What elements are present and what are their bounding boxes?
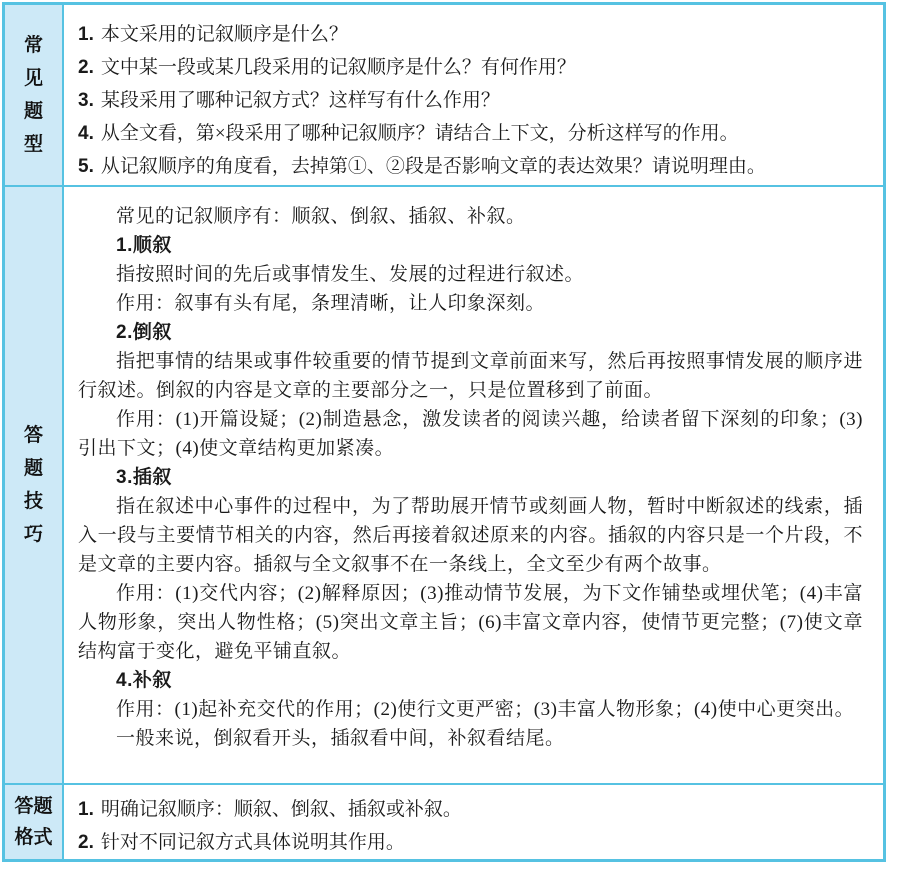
item-text: 本文采用的记叙顺序是什么？	[101, 24, 348, 45]
question-item: 4.从全文看，第×段采用了哪种记叙顺序？请结合上下文，分析这样写的作用。	[78, 117, 871, 150]
item-text: 文中某一段或某几段采用的记叙顺序是什么？有何作用？	[101, 57, 576, 78]
content-techniques: 常见的记叙顺序有：顺叙、倒叙、插叙、补叙。 1.顺叙 指按照时间的先后或事情发生…	[64, 187, 883, 783]
entry-definition-chaxu: 指在叙述中心事件的过程中，为了帮助展开情节或刻画人物，暂时中断叙述的线索，插入一…	[78, 492, 863, 579]
row-label-techniques: 答题技巧	[24, 419, 44, 551]
row-techniques: 答题技巧 常见的记叙顺序有：顺叙、倒叙、插叙、补叙。 1.顺叙 指按照时间的先后…	[5, 185, 883, 783]
question-item: 1.本文采用的记叙顺序是什么？	[78, 18, 871, 51]
item-number: 5.	[78, 156, 94, 177]
item-text: 从全文看，第×段采用了哪种记叙顺序？请结合上下文，分析这样写的作用。	[101, 123, 739, 144]
row-answer-format: 答题格式 1.明确记叙顺序：顺叙、倒叙、插叙或补叙。 2.针对不同记叙方式具体说…	[5, 783, 883, 859]
entry-heading-shunxu: 1.顺叙	[78, 231, 863, 260]
entry-effect-daoxu: 作用：(1)开篇设疑；(2)制造悬念，激发读者的阅读兴趣，给读者留下深刻的印象；…	[78, 405, 863, 463]
techniques-intro: 常见的记叙顺序有：顺叙、倒叙、插叙、补叙。	[78, 202, 863, 231]
row-label-answer-format: 答题格式	[13, 791, 55, 853]
item-number: 2.	[78, 57, 94, 78]
item-text: 从记叙顺序的角度看，去掉第①、②段是否影响文章的表达效果？请说明理由。	[101, 156, 766, 177]
format-item: 2.针对不同记叙方式具体说明其作用。	[78, 826, 871, 859]
entry-effect-chaxu: 作用：(1)交代内容；(2)解释原因；(3)推动情节发展，为下文作铺垫或埋伏笔；…	[78, 579, 863, 666]
item-number: 3.	[78, 90, 94, 111]
content-question-types: 1.本文采用的记叙顺序是什么？ 2.文中某一段或某几段采用的记叙顺序是什么？有何…	[64, 5, 883, 185]
entry-definition-daoxu: 指把事情的结果或事件较重要的情节提到文章前面来写，然后再按照事情发展的顺序进行叙…	[78, 347, 863, 405]
entry-heading-chaxu: 3.插叙	[78, 463, 863, 492]
entry-heading-buxu: 4.补叙	[78, 666, 863, 695]
item-number: 1.	[78, 799, 94, 820]
content-answer-format: 1.明确记叙顺序：顺叙、倒叙、插叙或补叙。 2.针对不同记叙方式具体说明其作用。	[64, 785, 883, 859]
entry-heading-daoxu: 2.倒叙	[78, 318, 863, 347]
reference-table: 常见题型 1.本文采用的记叙顺序是什么？ 2.文中某一段或某几段采用的记叙顺序是…	[2, 2, 886, 862]
label-cell-answer-format: 答题格式	[5, 785, 64, 859]
format-item: 1.明确记叙顺序：顺叙、倒叙、插叙或补叙。	[78, 793, 871, 826]
item-number: 4.	[78, 123, 94, 144]
item-text: 某段采用了哪种记叙方式？这样写有什么作用？	[101, 90, 500, 111]
label-cell-question-types: 常见题型	[5, 5, 64, 185]
label-cell-techniques: 答题技巧	[5, 187, 64, 783]
row-question-types: 常见题型 1.本文采用的记叙顺序是什么？ 2.文中某一段或某几段采用的记叙顺序是…	[5, 5, 883, 185]
item-number: 1.	[78, 24, 94, 45]
row-label-question-types: 常见题型	[24, 29, 44, 161]
item-number: 2.	[78, 832, 94, 853]
techniques-summary: 一般来说，倒叙看开头，插叙看中间，补叙看结尾。	[78, 724, 863, 753]
item-text: 针对不同记叙方式具体说明其作用。	[101, 832, 405, 853]
entry-effect-shunxu: 作用：叙事有头有尾，条理清晰，让人印象深刻。	[78, 289, 863, 318]
question-item: 3.某段采用了哪种记叙方式？这样写有什么作用？	[78, 84, 871, 117]
entry-definition-shunxu: 指按照时间的先后或事情发生、发展的过程进行叙述。	[78, 260, 863, 289]
question-item: 5.从记叙顺序的角度看，去掉第①、②段是否影响文章的表达效果？请说明理由。	[78, 150, 871, 183]
entry-effect-buxu: 作用：(1)起补充交代的作用；(2)使行文更严密；(3)丰富人物形象；(4)使中…	[78, 695, 863, 724]
item-text: 明确记叙顺序：顺叙、倒叙、插叙或补叙。	[101, 799, 462, 820]
question-item: 2.文中某一段或某几段采用的记叙顺序是什么？有何作用？	[78, 51, 871, 84]
